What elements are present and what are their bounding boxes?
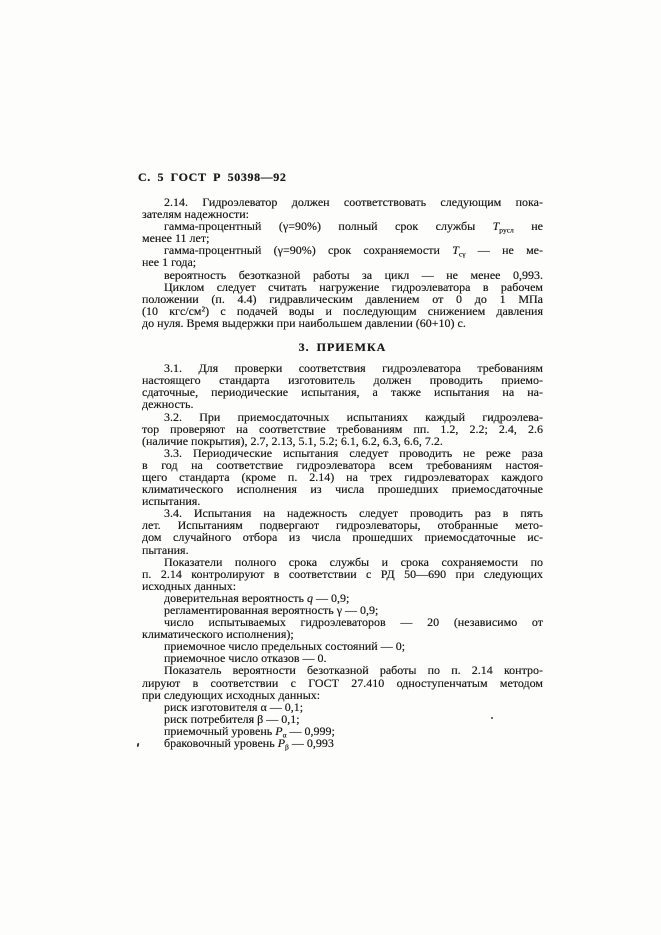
text-run: сдаточные, периодические испытания, а та… — [142, 385, 543, 399]
section-heading-priemka: 3. ПРИЕМКА — [142, 341, 543, 353]
subscript-text: сγ — [459, 250, 466, 259]
text-run: браковочный уровень — [164, 736, 278, 750]
scan-speck — [491, 717, 493, 719]
para-2-14: 2.14. Гидроэлеватор должен соответствова… — [142, 196, 543, 329]
para-reliability-indicator: Показатель вероятности безотказной работ… — [142, 664, 543, 700]
text-run: не — [514, 219, 543, 233]
text-run: дом случайного отбора из числа прошедших… — [142, 530, 543, 544]
document-body: 2.14. Гидроэлеватор должен соответствова… — [142, 196, 543, 749]
scan-speck — [137, 743, 140, 747]
para-3-2: 3.2. При приемосдаточных испытаниях кажд… — [142, 411, 543, 447]
document-page: С. 5 ГОСТ Р 50398—92 2.14. Гидроэлеватор… — [0, 0, 661, 935]
para-3-3: 3.3. Периодические испытания следует про… — [142, 447, 543, 507]
text-run: — не ме- — [466, 243, 543, 257]
text-line: гамма-процентный (γ=90%) срок сохраняемо… — [142, 244, 543, 256]
text-line: браковочный уровень Pβ — 0,993 — [142, 737, 543, 749]
text-line: климатического исполнения из числа проше… — [142, 483, 543, 495]
text-run: гамма-процентный (γ=90%) срок сохраняемо… — [164, 243, 452, 257]
list-initial-data-2: риск изготовителя α — 0,1;риск потребите… — [142, 701, 543, 749]
variable-symbol: P — [278, 736, 285, 750]
para-indicators-service-life: Показатели полного срока службы и срока … — [142, 556, 543, 592]
para-3-4: 3.4. Испытания на надежность следует про… — [142, 507, 543, 555]
text-run: — 0,993 — [289, 736, 334, 750]
text-line: дом случайного отбора из числа прошедших… — [142, 531, 543, 543]
variable-symbol: Т — [452, 243, 459, 257]
text-line: до нуля. Время выдержки при наибольшем д… — [142, 317, 543, 329]
text-run: гамма-процентный (γ=90%) полный срок слу… — [164, 219, 493, 233]
page-header: С. 5 ГОСТ Р 50398—92 — [138, 170, 286, 185]
list-initial-data-1: доверительная вероятность q — 0,9;реглам… — [142, 592, 543, 665]
subscript-text: русл — [499, 226, 513, 235]
text-run: климатического исполнения из числа проше… — [142, 482, 543, 496]
text-line: сдаточные, периодические испытания, а та… — [142, 386, 543, 398]
para-3-1: 3.1. Для проверки соответствия гидроэлев… — [142, 362, 543, 410]
text-run: до нуля. Время выдержки при наибольшем д… — [142, 316, 466, 330]
